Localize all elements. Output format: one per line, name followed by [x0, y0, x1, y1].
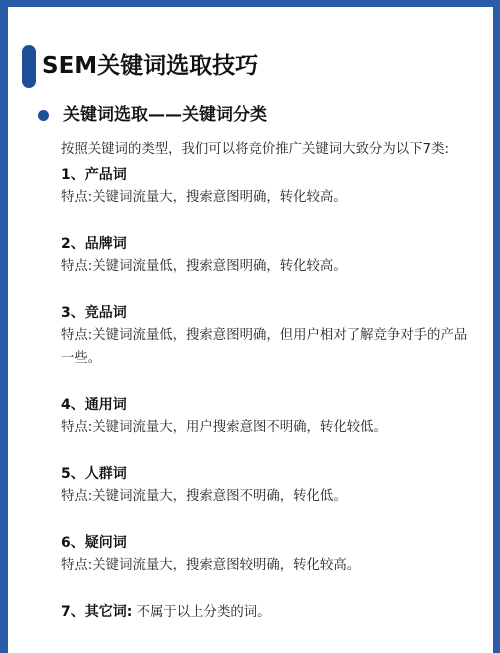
page-title: SEM关键词选取技巧	[42, 50, 258, 82]
intro-text: 按照关键词的类型，我们可以将竞价推广关键词大致分为以下7类:	[61, 139, 471, 161]
category-item-product: 1、产品词 特点:关键词流量大，搜索意图明确，转化较高。	[61, 164, 471, 209]
category-description: 特点:关键词流量大，搜索意图较明确，转化较高。	[61, 554, 471, 577]
category-item-brand: 2、品牌词 特点:关键词流量低，搜索意图明确，转化较高。	[61, 233, 471, 278]
category-title: 3、竞品词	[61, 302, 471, 324]
category-item-audience: 5、人群词 特点:关键词流量大，搜索意图不明确，转化低。	[61, 463, 471, 508]
category-description: 特点:关键词流量低，搜索意图明确，转化较高。	[61, 255, 471, 278]
category-description: 特点:关键词流量低，搜索意图明确，但用户相对了解竞争对手的产品一些。	[61, 324, 471, 370]
category-title: 2、品牌词	[61, 233, 471, 255]
section-content: 按照关键词的类型，我们可以将竞价推广关键词大致分为以下7类: 1、产品词 特点:…	[61, 139, 471, 648]
category-description: 特点:关键词流量大，搜索意图不明确，转化低。	[61, 485, 471, 508]
section-heading: 关键词选取——关键词分类	[63, 103, 267, 127]
category-title: 1、产品词	[61, 164, 471, 186]
category-item-generic: 4、通用词 特点:关键词流量大，用户搜索意图不明确，转化较低。	[61, 394, 471, 439]
category-title: 6、疑问词	[61, 532, 471, 554]
bullet-dot-icon	[38, 110, 49, 121]
category-item-competitor: 3、竞品词 特点:关键词流量低，搜索意图明确，但用户相对了解竞争对手的产品一些。	[61, 302, 471, 370]
category-description: 特点:关键词流量大，用户搜索意图不明确，转化较低。	[61, 416, 471, 439]
category-description: 不属于以上分类的词。	[132, 605, 270, 620]
category-title: 5、人群词	[61, 463, 471, 485]
category-description: 特点:关键词流量大，搜索意图明确，转化较高。	[61, 186, 471, 209]
category-title: 7、其它词:	[61, 604, 132, 620]
category-item-other: 7、其它词: 不属于以上分类的词。	[61, 601, 471, 624]
category-title: 4、通用词	[61, 394, 471, 416]
title-accent-bar	[22, 45, 36, 88]
category-item-question: 6、疑问词 特点:关键词流量大，搜索意图较明确，转化较高。	[61, 532, 471, 577]
